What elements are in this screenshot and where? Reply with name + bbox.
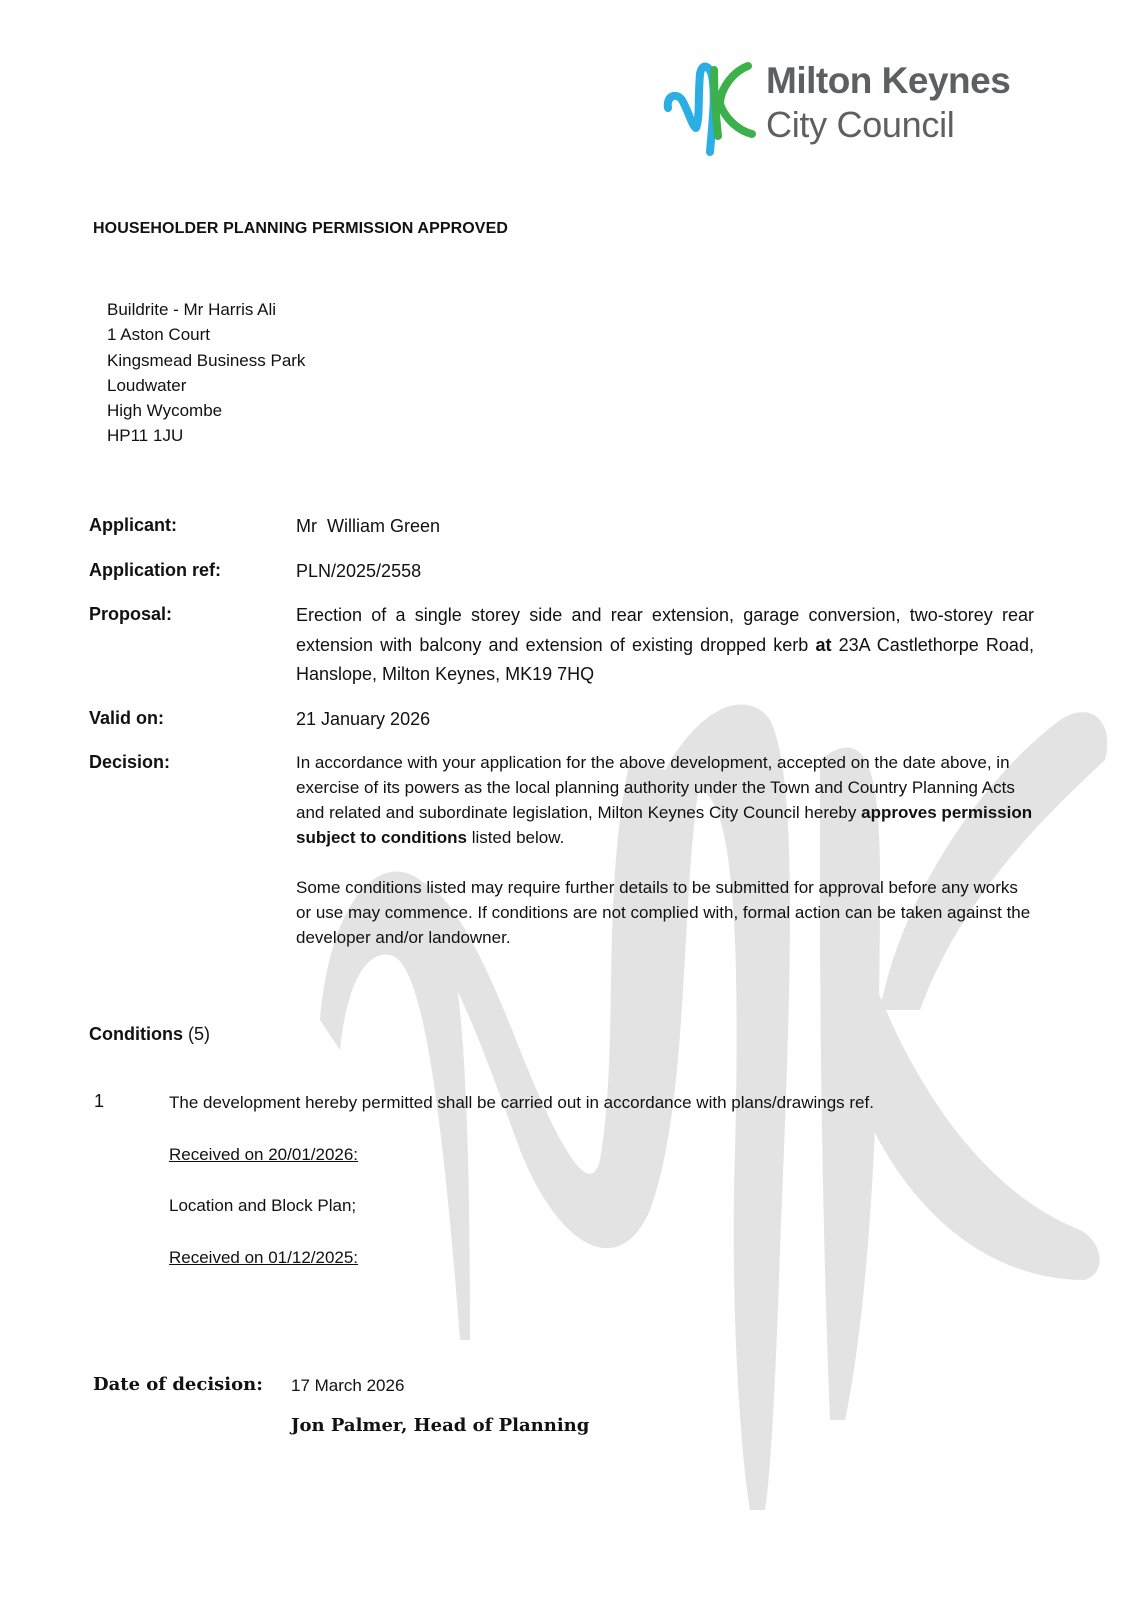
- proposal-label: Proposal:: [89, 604, 172, 625]
- logo-title: Milton Keynes: [766, 60, 1010, 102]
- proposal-value: Erection of a single storey side and rea…: [296, 601, 1034, 690]
- decision-text: In accordance with your application for …: [296, 750, 1034, 950]
- address-line: Loudwater: [107, 373, 305, 398]
- address-line: HP11 1JU: [107, 423, 305, 448]
- council-logo: Milton Keynes City Council: [662, 56, 1062, 166]
- received-date-1: Received on 20/01/2026:: [169, 1145, 358, 1164]
- condition-number: 1: [94, 1091, 104, 1112]
- recipient-address: Buildrite - Mr Harris Ali 1 Aston Court …: [107, 297, 305, 449]
- conditions-heading: Conditions (5): [89, 1024, 210, 1045]
- decision-paragraph-2: Some conditions listed may require furth…: [296, 875, 1034, 950]
- address-line: Kingsmead Business Park: [107, 348, 305, 373]
- address-line: 1 Aston Court: [107, 322, 305, 347]
- decision-label: Decision:: [89, 752, 170, 773]
- valid-on-value: 21 January 2026: [296, 705, 1034, 735]
- decision-paragraph-1: In accordance with your application for …: [296, 750, 1034, 850]
- application-ref-value: PLN/2025/2558: [296, 557, 1034, 587]
- proposal-at: at: [815, 635, 831, 655]
- valid-on-label: Valid on:: [89, 708, 164, 729]
- received-date-2: Received on 01/12/2025:: [169, 1248, 358, 1267]
- address-line: Buildrite - Mr Harris Ali: [107, 297, 305, 322]
- signatory: Jon Palmer, Head of Planning: [291, 1415, 589, 1436]
- condition-text: The development hereby permitted shall b…: [169, 1090, 1029, 1115]
- document-heading: HOUSEHOLDER PLANNING PERMISSION APPROVED: [93, 220, 508, 238]
- condition-item: The development hereby permitted shall b…: [169, 1090, 1029, 1296]
- conditions-count: (5): [188, 1024, 210, 1044]
- applicant-value: Mr William Green: [296, 512, 1034, 542]
- applicant-label: Applicant:: [89, 515, 177, 536]
- address-line: High Wycombe: [107, 398, 305, 423]
- mk-logo-icon: [662, 56, 762, 156]
- logo-subtitle: City Council: [766, 104, 954, 146]
- decision-date-value: 17 March 2026: [291, 1376, 404, 1396]
- decision-notice-page: Milton Keynes City Council HOUSEHOLDER P…: [0, 0, 1132, 1600]
- plan-name: Location and Block Plan;: [169, 1193, 1029, 1218]
- application-ref-label: Application ref:: [89, 560, 221, 581]
- decision-date-label: Date of decision:: [93, 1374, 263, 1395]
